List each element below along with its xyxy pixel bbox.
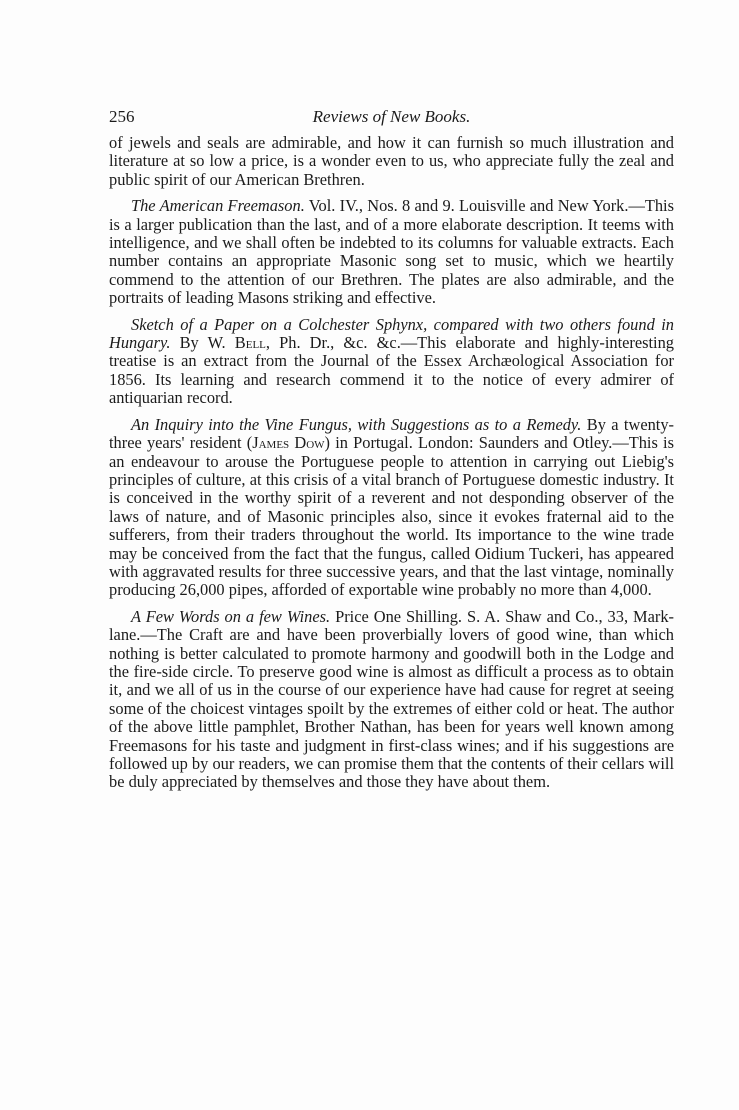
review-title: A Few Words on a few Wines. bbox=[131, 607, 330, 626]
book-page: 256 Reviews of New Books. of jewels and … bbox=[109, 108, 674, 792]
review-text: ) in Portugal. London: Saunders and Otle… bbox=[109, 433, 674, 599]
paragraph-text: of jewels and seals are admirable, and h… bbox=[109, 133, 674, 189]
paragraph-continued: of jewels and seals are admirable, and h… bbox=[109, 134, 674, 189]
running-head: Reviews of New Books. bbox=[109, 108, 674, 126]
page-header: 256 Reviews of New Books. bbox=[109, 108, 674, 134]
review-vine-fungus: An Inquiry into the Vine Fungus, with Su… bbox=[109, 416, 674, 600]
author-name: James Dow bbox=[252, 433, 324, 452]
review-american-freemason: The American Freemason. Vol. IV., Nos. 8… bbox=[109, 197, 674, 307]
review-colchester-sphynx: Sketch of a Paper on a Colchester Sphynx… bbox=[109, 316, 674, 408]
review-title: An Inquiry into the Vine Fungus, with Su… bbox=[131, 415, 581, 434]
author-name: Bell bbox=[235, 333, 266, 352]
review-text-lead: By W. bbox=[170, 333, 234, 352]
review-title: The American Freemason. bbox=[131, 196, 305, 215]
review-few-words-wines: A Few Words on a few Wines. Price One Sh… bbox=[109, 608, 674, 792]
review-text: Price One Shilling. S. A. Shaw and Co., … bbox=[109, 607, 674, 792]
